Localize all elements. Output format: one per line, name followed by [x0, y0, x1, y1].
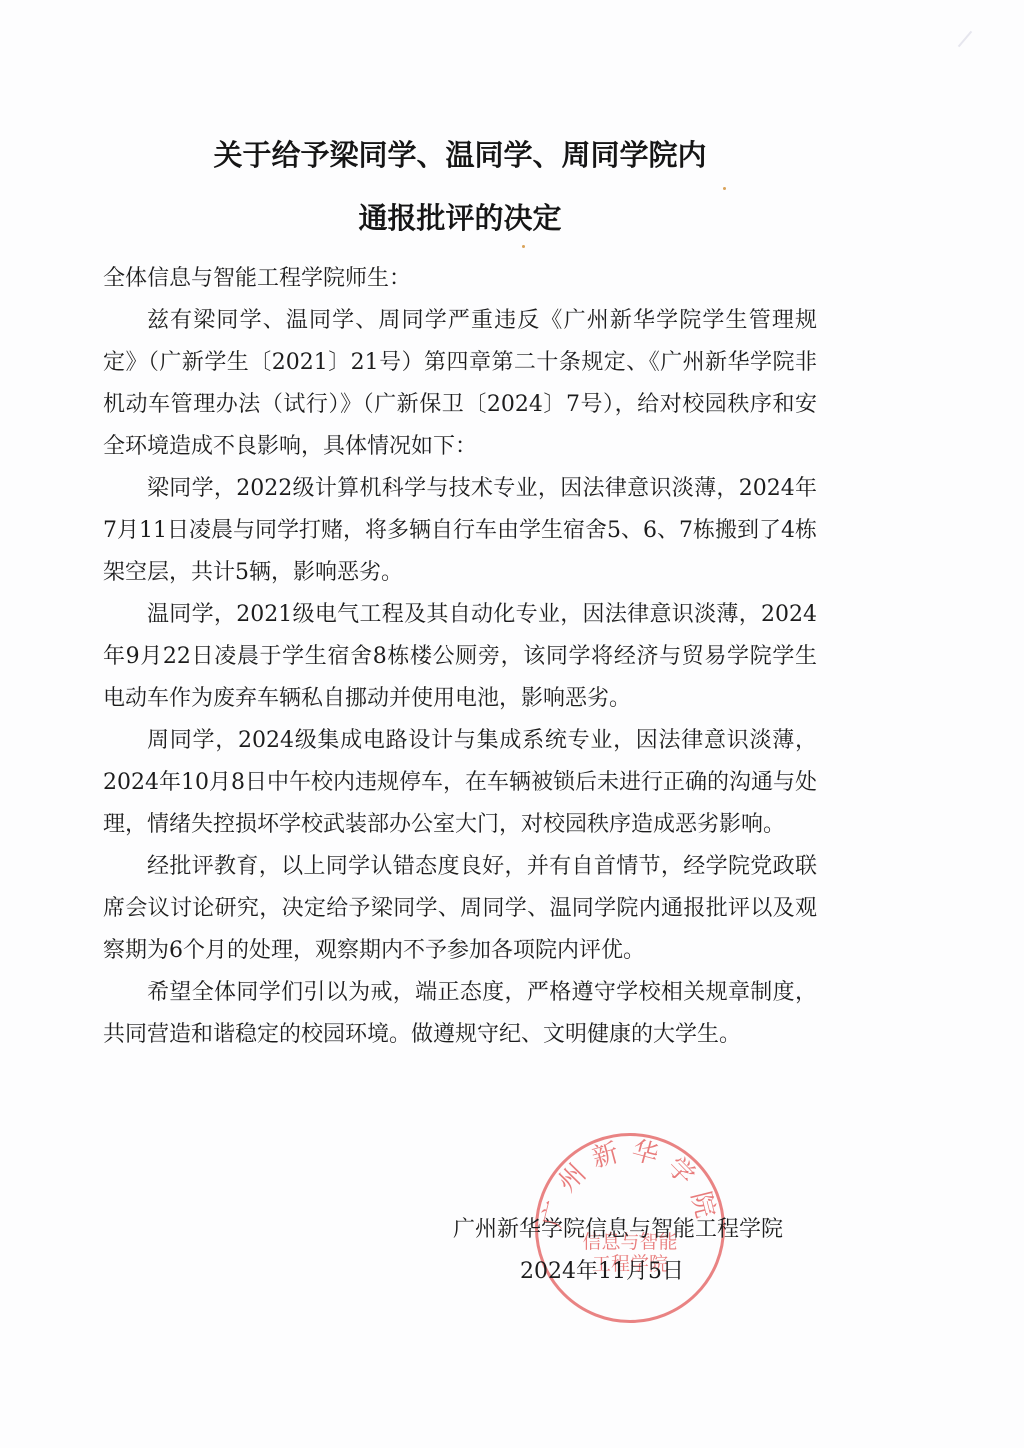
paragraph-exhortation: 希望全体同学们引以为戒，端正态度，严格遵守学校相关规章制度，共同营造和谐稳定的校… [103, 972, 817, 1056]
scan-speck [522, 245, 525, 248]
salutation: 全体信息与智能工程学院师生： [103, 258, 817, 300]
document-page: 关于给予梁同学、温同学、周同学院内 通报批评的决定 全体信息与智能工程学院师生：… [0, 0, 1024, 1448]
paragraph-decision: 经批评教育，以上同学认错态度良好，并有自首情节，经学院党政联席会议讨论研究，决定… [103, 846, 817, 972]
paragraph-liang: 梁同学，2022级计算机科学与技术专业，因法律意识淡薄，2024年7月11日凌晨… [103, 468, 817, 594]
document-title-line2: 通报批评的决定 [0, 196, 972, 237]
signature-organization: 广州新华学院信息与智能工程学院 [453, 1209, 783, 1251]
document-body: 全体信息与智能工程学院师生： 兹有梁同学、温同学、周同学严重违反《广州新华学院学… [103, 258, 817, 1056]
paragraph-zhou: 周同学，2024级集成电路设计与集成系统专业，因法律意识淡薄，2024年10月8… [103, 720, 817, 846]
scan-speck [723, 187, 726, 190]
paragraph-intro: 兹有梁同学、温同学、周同学严重违反《广州新华学院学生管理规定》（广新学生〔202… [103, 300, 817, 468]
scan-artifact [958, 31, 972, 48]
document-title-line1: 关于给予梁同学、温同学、周同学院内 [0, 133, 972, 174]
paragraph-wen: 温同学，2021级电气工程及其自动化专业，因法律意识淡薄，2024年9月22日凌… [103, 594, 817, 720]
signature-date: 2024年11月5日 [520, 1251, 684, 1293]
